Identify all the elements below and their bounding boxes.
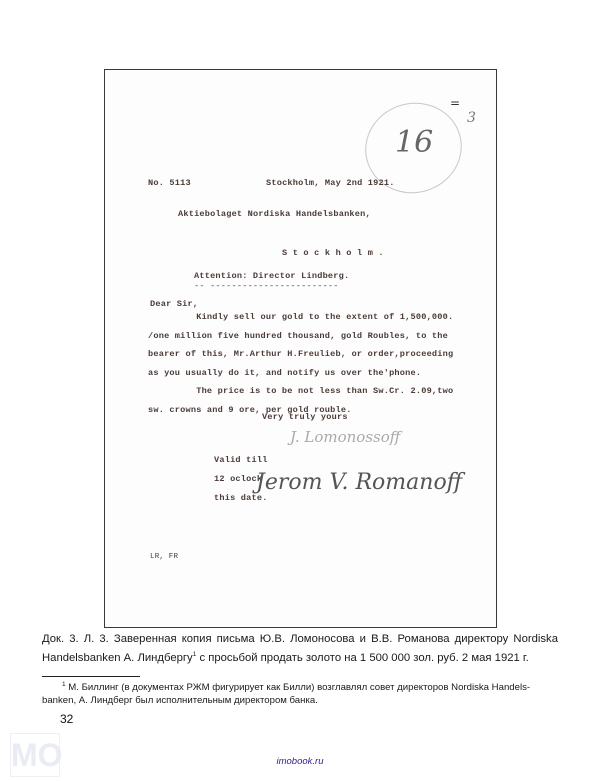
signature-lomonossoff: J. Lomonossoff — [290, 428, 400, 446]
signature-romanoff: Jerom V. Romanoff — [256, 470, 462, 495]
letter-ref-number: No. 5113 — [148, 178, 191, 188]
letter-body-line: Kindly sell our gold to the extent of 1,… — [148, 312, 453, 322]
footnote: 1 М. Биллинг (в документах РЖМ фигурируе… — [42, 678, 558, 707]
footnote-divider — [42, 676, 140, 677]
page-number: 32 — [60, 712, 73, 726]
letter-body-line: bearer of this, Mr.Arthur H.Freulieb, or… — [148, 349, 453, 359]
validity-line-2: 12 oclock — [214, 474, 262, 484]
attention-underline: -- ------------------------ — [194, 281, 339, 291]
corner-mark: 3 — [467, 110, 476, 126]
letter-initials: LR, FR — [150, 553, 178, 561]
letter-closing: Very truly yours — [262, 412, 348, 422]
letter-place-date: Stockholm, May 2nd 1921. — [266, 178, 395, 188]
letter-body-line: /one million five hundred thousand, gold… — [148, 331, 448, 341]
letter-salutation: Dear Sir, — [150, 299, 198, 309]
validity-line-1: Valid till — [214, 455, 268, 465]
footnote-text: М. Биллинг (в документах РЖМ фигурирует … — [42, 682, 530, 706]
letter-attention: Attention: Director Lindberg. — [194, 271, 349, 281]
archive-mark-number: 16 — [395, 125, 433, 160]
site-link[interactable]: imobook.ru — [0, 756, 600, 767]
letter-city: S t o c k h o l m . — [282, 248, 384, 258]
strike-mark: = — [450, 96, 460, 110]
publisher-logo: MO — [10, 733, 60, 777]
figure-caption: Док. 3. Л. 3. Заверенная копия письма Ю.… — [42, 632, 558, 666]
caption-text-cont: с просьбой продать золото на 1 500 000 з… — [196, 652, 528, 664]
letter-body-line: The price is to be not less than Sw.Cr. … — [148, 386, 453, 396]
letter-addressee: Aktiebolaget Nordiska Handelsbanken, — [178, 209, 371, 219]
letter-body-line: as you usually do it, and notify us over… — [148, 368, 421, 378]
